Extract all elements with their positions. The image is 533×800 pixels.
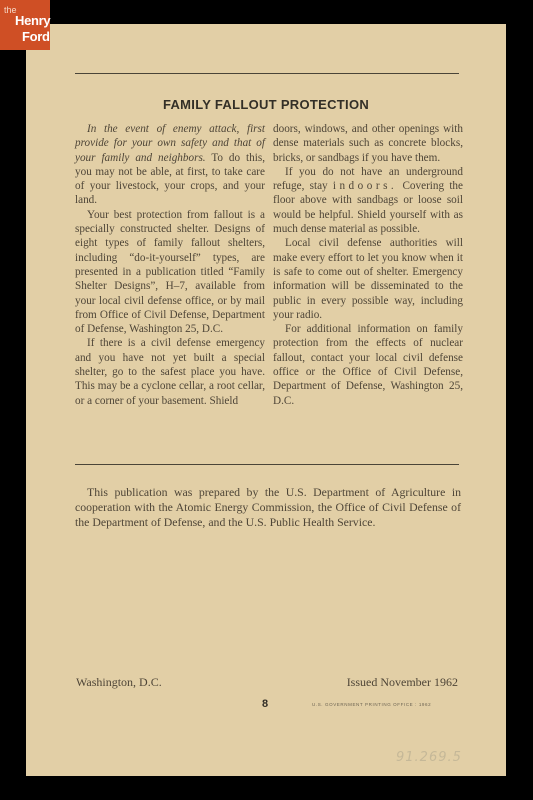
footer-issued-date: Issued November 1962 xyxy=(347,675,458,690)
indoors-emphasis: indoors. xyxy=(333,180,397,192)
accession-number: 91.269.5 xyxy=(396,750,462,765)
intro-paragraph: In the event of enemy attack, first prov… xyxy=(75,122,265,208)
shield-continuation-paragraph: doors, windows, and other openings with … xyxy=(273,122,463,165)
credit-paragraph: This publication was prepared by the U.S… xyxy=(75,485,461,530)
top-rule xyxy=(75,73,459,74)
document-page: FAMILY FALLOUT PROTECTION In the event o… xyxy=(26,24,506,776)
page-number: 8 xyxy=(262,698,268,710)
henry-ford-logo: the Henry Ford xyxy=(0,0,50,50)
bottom-rule xyxy=(75,464,459,465)
left-column: In the event of enemy attack, first prov… xyxy=(75,122,265,408)
emergency-paragraph: If there is a civil defense emergency an… xyxy=(75,336,265,407)
logo-text-henry: Henry xyxy=(15,14,50,27)
authorities-paragraph: Local civil defense authorities will mak… xyxy=(273,236,463,322)
right-column: doors, windows, and other openings with … xyxy=(273,122,463,408)
additional-info-paragraph: For additional information on family pro… xyxy=(273,322,463,408)
logo-text-ford: Ford xyxy=(22,30,50,43)
page-title: FAMILY FALLOUT PROTECTION xyxy=(26,97,506,112)
footer-place: Washington, D.C. xyxy=(76,675,162,690)
printer-imprint: U.S. GOVERNMENT PRINTING OFFICE : 1962 xyxy=(312,702,431,707)
indoors-paragraph: If you do not have an underground refuge… xyxy=(273,165,463,236)
shelter-paragraph: Your best protection from fallout is a s… xyxy=(75,208,265,337)
